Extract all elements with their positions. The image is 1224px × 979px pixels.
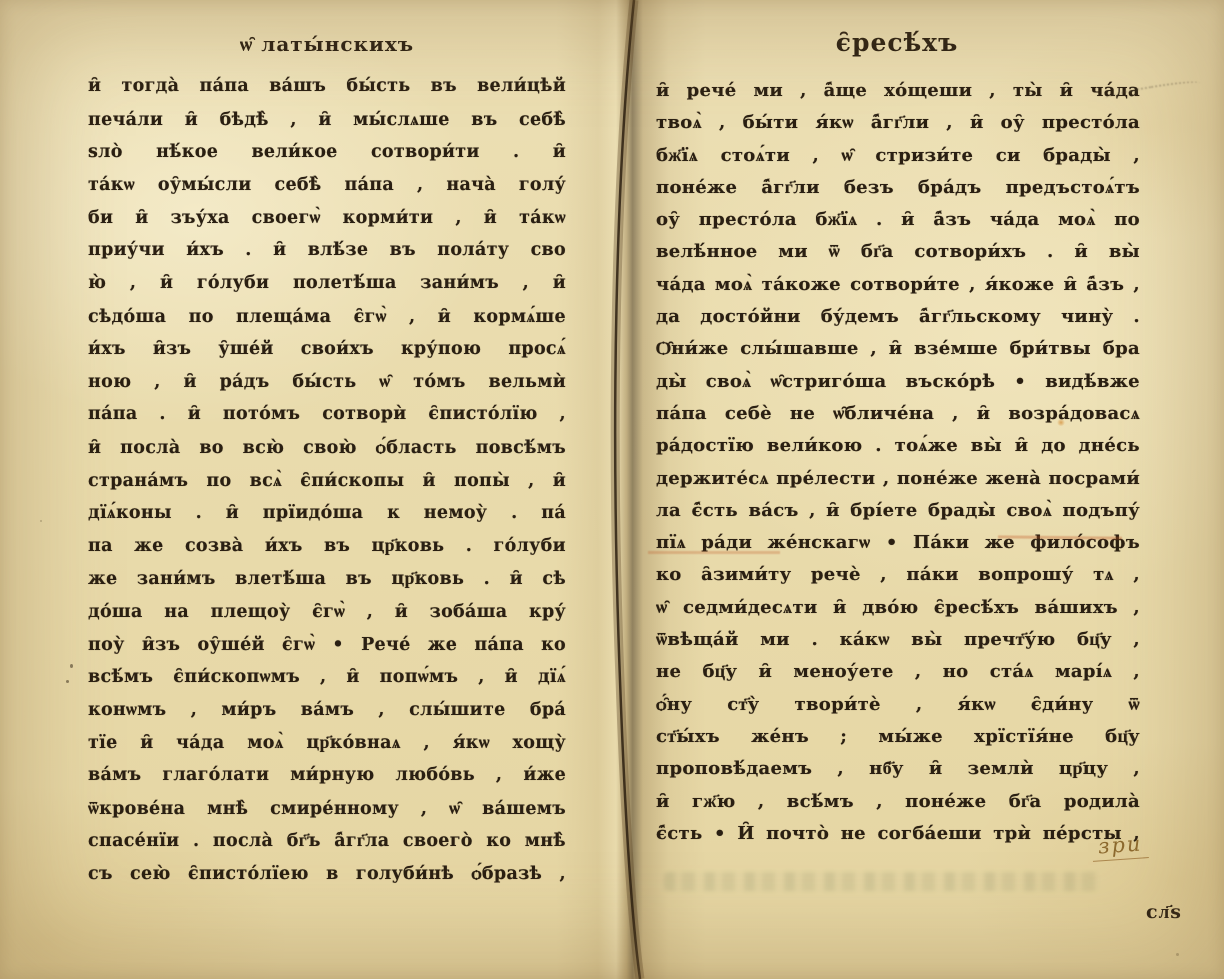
word: ѡ̑бличе́на bbox=[833, 403, 934, 424]
word: и̑ bbox=[1060, 80, 1074, 101]
word: дво́ю bbox=[862, 597, 918, 618]
word: є̑гѡ̀ bbox=[312, 601, 345, 622]
word: по bbox=[206, 471, 231, 491]
word: почто̀ bbox=[766, 823, 829, 844]
word: цр҃цу bbox=[1059, 758, 1108, 779]
word: трѝ bbox=[993, 823, 1031, 844]
word: , bbox=[812, 145, 819, 166]
word: плеща́ма bbox=[236, 307, 331, 327]
word: . bbox=[875, 435, 882, 456]
word: мнѣ̀ bbox=[207, 799, 248, 819]
text-line: сѣдо́шапоплеща́має̑гѡ̀,и̑кормѧ́ше bbox=[88, 306, 566, 339]
word: ю̀ bbox=[88, 273, 106, 293]
word: и̑ bbox=[889, 338, 903, 359]
word: и̑ bbox=[185, 110, 198, 130]
word: . bbox=[193, 831, 199, 851]
word: гж҃ю bbox=[692, 791, 735, 812]
word: глаго́лати bbox=[162, 765, 269, 785]
word: и̑ bbox=[423, 471, 436, 491]
word: сѣдо́ша bbox=[88, 307, 166, 327]
quire-signature: сл҃ѕ bbox=[1146, 901, 1182, 924]
word: . bbox=[1047, 241, 1054, 262]
word: смире́нному bbox=[270, 799, 399, 819]
word: би bbox=[88, 208, 113, 228]
word: хрїстїя́не bbox=[974, 726, 1074, 747]
word: па bbox=[88, 536, 113, 556]
text-line: поу̀и̑зъоу̑ше́йє̑гѡ̀•Рече́жепа́пако bbox=[88, 634, 566, 667]
word: ва́шъ bbox=[269, 76, 326, 96]
text-line: бии̑зъу́хасвоегѡ̀корми́ти,и̑та́кѡ bbox=[88, 207, 566, 240]
text-line: ѿкрове́намнѣ̀смире́нному,ѡ̑ва́шемъ bbox=[88, 798, 566, 831]
text-line: ною,и̑ра́дъбы́стьѡ̑то́мъвельмѝ bbox=[88, 371, 566, 404]
word: Ѻ̑ни́же bbox=[656, 338, 728, 359]
word: ча́да bbox=[176, 733, 224, 753]
word: , bbox=[523, 273, 529, 293]
word: . bbox=[466, 536, 472, 556]
word: свои́хъ bbox=[301, 339, 374, 359]
word: землѝ bbox=[968, 758, 1034, 779]
text-line: тїеи̑ча́дамоѧ̀цр҃ко́внаѧ,я́кѡхощу̀ bbox=[88, 732, 566, 765]
word: и̑ bbox=[273, 240, 286, 260]
word: и̑ bbox=[160, 273, 173, 293]
text-line: ра́достїювели́кою.тоѧ́жевы̀и̑додне́сь bbox=[656, 435, 1140, 467]
word: а̑зими́ту bbox=[701, 564, 791, 585]
word: бы́сть bbox=[346, 76, 410, 96]
word: є̑́сть bbox=[691, 500, 738, 521]
word: чину̀ bbox=[1061, 306, 1113, 327]
word: бы́сть bbox=[292, 372, 356, 392]
word: , bbox=[952, 403, 959, 424]
word: брі́ете bbox=[850, 500, 917, 521]
word: да bbox=[656, 306, 680, 327]
word: кормѧ́ше bbox=[473, 306, 566, 327]
verso-text-showthrough bbox=[664, 872, 1100, 891]
word: престо́ла bbox=[1042, 112, 1140, 133]
word: , bbox=[455, 208, 461, 228]
word: слы́шите bbox=[409, 700, 505, 720]
word: тѧ bbox=[1093, 564, 1114, 585]
word: па́па bbox=[474, 635, 524, 655]
text-line: ѡ̑седми́десѧтии̑дво́ює̑ресѣ́хъва́шихъ, bbox=[656, 597, 1140, 629]
word: созва̀ bbox=[185, 536, 244, 556]
word: оу̑ bbox=[656, 209, 680, 230]
word: бра bbox=[1103, 338, 1140, 359]
word: , bbox=[1133, 564, 1140, 585]
word: вельмѝ bbox=[488, 372, 566, 392]
word: твоѧ̀ bbox=[656, 112, 702, 133]
text-line: конѡмъ,ми́ръва́мъ,слы́шитебра́ bbox=[88, 699, 566, 732]
word: марі́ѧ bbox=[1055, 661, 1112, 682]
word: бж҃їѧ bbox=[815, 209, 857, 230]
word: ми bbox=[760, 629, 790, 650]
word: в bbox=[326, 864, 338, 884]
word: па́па bbox=[344, 175, 394, 195]
word: безъ bbox=[844, 177, 894, 198]
word: прїидо́ша bbox=[263, 503, 364, 523]
word: ко bbox=[656, 564, 682, 585]
word: ка́кѡ bbox=[840, 629, 890, 650]
word: плещоу̀ bbox=[211, 602, 291, 622]
word: бг҃а bbox=[1009, 791, 1042, 812]
word: И̑ bbox=[737, 823, 754, 844]
word: не bbox=[790, 403, 815, 424]
text-line: страна́мъповсѧ̀є̑пи́скопыи̑попы̀,и̑ bbox=[88, 470, 566, 503]
word: поне́же bbox=[905, 791, 986, 812]
word: а̑́гг҃ла bbox=[334, 830, 389, 851]
word: • bbox=[714, 823, 726, 844]
word: всю̀ bbox=[243, 438, 285, 458]
word: , bbox=[870, 338, 877, 359]
word: вы̀ bbox=[1109, 241, 1140, 262]
word: ѡ̑ bbox=[841, 145, 852, 166]
text-line: па́пасебѐнеѡ̑бличе́на,и̑возра́довасѧ bbox=[656, 403, 1140, 435]
word: же́нъ bbox=[751, 726, 809, 747]
word: я́кѡ bbox=[958, 694, 996, 715]
word: ѡ̑стриго́ша bbox=[771, 371, 887, 392]
text-line: ва́мъглаго́латими́рнуюлюбо́вь,и́же bbox=[88, 765, 566, 798]
word: всѧ̀ bbox=[250, 470, 282, 491]
word: и̑зъ bbox=[142, 635, 180, 655]
word: , bbox=[378, 700, 384, 720]
word: попы̀ bbox=[454, 471, 510, 491]
word: всѣ́мъ bbox=[88, 667, 153, 687]
word: брады̀ bbox=[1043, 145, 1111, 166]
word: пото́мъ bbox=[223, 404, 300, 424]
word: , bbox=[496, 765, 502, 785]
word: жена̀ bbox=[985, 468, 1041, 489]
handwritten-margin-note: зри bbox=[1091, 831, 1149, 862]
word: бг҃ъ bbox=[287, 830, 321, 851]
word: полетѣ́ша bbox=[293, 273, 397, 293]
word: мы́же bbox=[878, 726, 943, 747]
word: тїе bbox=[88, 733, 118, 753]
word: нѣ́кое bbox=[156, 142, 218, 162]
word: поне́же bbox=[897, 468, 978, 489]
text-line: твоѧ̀,бы́тия́кѡа̑́гг҃ли,и̑оу̑престо́ла bbox=[656, 112, 1140, 144]
word: брады̀ bbox=[928, 500, 996, 521]
word: ва́шихъ bbox=[1035, 597, 1118, 618]
word: ми bbox=[754, 80, 784, 101]
word: поне́же bbox=[656, 177, 737, 198]
red-chalk-underline bbox=[648, 551, 780, 554]
word: ра́ди bbox=[701, 532, 752, 553]
word: и̑ bbox=[140, 733, 153, 753]
word: • bbox=[886, 532, 898, 553]
word: ми́ръ bbox=[221, 700, 276, 720]
text-line: жезани́мъвлетѣ́шавъцр҃ковь.и̑сѣ bbox=[88, 568, 566, 601]
word: и̑ bbox=[510, 569, 523, 589]
word: предъстоѧ́тъ bbox=[1006, 177, 1140, 198]
word: , bbox=[969, 274, 976, 295]
word: седми́десѧти bbox=[683, 597, 818, 618]
word: пїѧ bbox=[656, 532, 686, 553]
word: зани́мъ bbox=[137, 569, 216, 589]
word: слы́шавше bbox=[740, 338, 858, 359]
word: ѕло̀ bbox=[88, 142, 123, 162]
word: посрами́ bbox=[1049, 468, 1140, 489]
word: а̑́ще bbox=[824, 80, 868, 101]
word: же́нскагѡ bbox=[767, 532, 870, 553]
word: , bbox=[528, 471, 534, 491]
word: па́па bbox=[199, 76, 249, 96]
word: ва́мъ bbox=[88, 765, 141, 785]
word: бц҃у bbox=[1077, 629, 1112, 650]
word: сотвори́хъ bbox=[914, 241, 1026, 262]
word: и̑ bbox=[759, 661, 773, 682]
word: бу́демъ bbox=[821, 306, 899, 327]
word: . bbox=[1133, 306, 1140, 327]
word: , bbox=[191, 700, 197, 720]
text-line: Ѻ̑ни́жеслы́шавше,и̑взе́мшебри́твыбра bbox=[656, 338, 1140, 370]
word: вы̀ bbox=[971, 435, 1002, 456]
word: зоба́ша bbox=[430, 602, 508, 622]
word: , bbox=[1133, 661, 1140, 682]
word: , bbox=[916, 694, 923, 715]
word: • bbox=[1014, 371, 1026, 392]
word: себѣ̀ bbox=[275, 175, 322, 195]
word: • bbox=[332, 635, 344, 655]
word: цр҃ковь bbox=[391, 568, 464, 589]
word: въ bbox=[346, 569, 372, 589]
word: я́кѡ bbox=[453, 732, 490, 753]
word: цр҃ко́внаѧ bbox=[306, 732, 400, 753]
word: своего̀ bbox=[403, 831, 473, 851]
book-spread: ѡ̑ латы́нскихъ и̑тогда̀па́пава́шъбы́стьв… bbox=[0, 0, 1224, 979]
word: , bbox=[1133, 758, 1140, 779]
word: тоѧ́же bbox=[895, 435, 958, 456]
word: , bbox=[876, 791, 883, 812]
word: влѣ́зе bbox=[308, 240, 369, 260]
word: же bbox=[88, 569, 117, 589]
word: є̑пи́скопы bbox=[300, 471, 404, 491]
word: ѻ̑́ну bbox=[656, 694, 692, 715]
word: вели́цѣй bbox=[477, 76, 566, 96]
word: є̑ресѣ́хъ bbox=[934, 597, 1019, 618]
word: Рече́ bbox=[361, 635, 410, 655]
word: любо́вь bbox=[395, 765, 474, 785]
word: , bbox=[478, 667, 484, 687]
word: спасе́нїи bbox=[88, 831, 179, 851]
word: пола́ту bbox=[437, 240, 509, 260]
word: и̑ bbox=[88, 438, 101, 458]
word: кру́пою bbox=[401, 339, 481, 359]
word: бра́дъ bbox=[918, 177, 982, 198]
word: и̑ bbox=[1074, 241, 1088, 262]
word: ст҃ы́хъ bbox=[656, 726, 720, 747]
word: ты̀ bbox=[1013, 80, 1043, 101]
text-line: приу́чии́хъ.и̑влѣ́зевъпола́тусво bbox=[88, 240, 566, 273]
word: и́хъ bbox=[265, 536, 303, 556]
word: , bbox=[1133, 274, 1140, 295]
word: зани́мъ bbox=[420, 273, 499, 293]
word: , bbox=[424, 733, 430, 753]
word: , bbox=[883, 468, 890, 489]
text-line: и̑тогда̀па́пава́шъбы́стьвъвели́цѣй bbox=[88, 76, 566, 109]
word: у̑ше́й bbox=[218, 339, 273, 359]
text-line: пажесозва̀и́хъвъцр҃ковь.го́луби bbox=[88, 535, 566, 568]
word: ѻ́бласть bbox=[376, 437, 457, 458]
word: и̑ bbox=[226, 503, 239, 523]
word: а̑́зъ bbox=[1086, 274, 1124, 295]
word: . bbox=[513, 142, 519, 162]
word: по bbox=[189, 307, 214, 327]
text-line: ды̀своѧ̀ѡ̑стриго́шавъско́рѣ•видѣ́вже bbox=[656, 371, 1140, 403]
word: я́коже bbox=[985, 274, 1054, 295]
word: ко bbox=[486, 831, 511, 851]
word: же bbox=[134, 536, 163, 556]
word: вели́кое bbox=[251, 142, 337, 162]
word: корми́ти bbox=[343, 208, 434, 228]
word: , bbox=[409, 307, 415, 327]
text-line: и́хъи̑зъу̑ше́йсвои́хъкру́поюпросѧ́ bbox=[88, 338, 566, 371]
word: . bbox=[511, 503, 517, 523]
word: , bbox=[154, 372, 160, 392]
word: и̑ bbox=[188, 404, 201, 424]
scanned-book-photo: { "colors": { "paper": "#e8d9aa", "ink":… bbox=[0, 0, 1224, 979]
word: па́па bbox=[88, 404, 138, 424]
word: ѻ́бразѣ bbox=[471, 863, 542, 884]
word: , bbox=[837, 758, 844, 779]
word: , bbox=[421, 799, 427, 819]
text-line: бж҃їѧстоѧ́ти,ѡ̑стризи́тесибрады̀, bbox=[656, 145, 1140, 177]
word: ра́достїю bbox=[656, 435, 754, 456]
word: и̑ bbox=[977, 403, 991, 424]
word: подъпу́ bbox=[1063, 500, 1140, 521]
text-line: велѣ́нноемиѿбг҃асотвори́хъ.и̑вы̀ bbox=[656, 241, 1140, 273]
text-line: ѿвѣща́йми.ка́кѡвы̀пречт҃у́юбц҃у, bbox=[656, 629, 1140, 661]
word: и̑ bbox=[929, 758, 943, 779]
text-block-right: и̑рече́ми,а̑́щехо́щеши,ты̀и̑ча́датвоѧ̀,б… bbox=[656, 80, 1140, 855]
word: и̑ bbox=[901, 209, 915, 230]
word: и̑ bbox=[970, 112, 984, 133]
word: , bbox=[1133, 629, 1140, 650]
text-line: до́шанаплещоу̀є̑гѡ̀,и̑зоба́шакру́ bbox=[88, 601, 566, 634]
word: своѧ̀ bbox=[706, 371, 752, 392]
word: себѐ bbox=[725, 403, 772, 424]
word: бж҃їѧ bbox=[656, 145, 698, 166]
word: нб҃у bbox=[869, 758, 904, 779]
word: дне́сь bbox=[1079, 435, 1140, 456]
word: па́па bbox=[656, 403, 707, 424]
word: и̑ bbox=[395, 602, 408, 622]
word: па́ки bbox=[906, 564, 958, 585]
word: досто́йни bbox=[700, 306, 800, 327]
word: нача̀ bbox=[446, 175, 496, 195]
word: . bbox=[159, 404, 165, 424]
word: и̑ bbox=[833, 597, 847, 618]
word: та́коже bbox=[762, 274, 841, 295]
word: согба́еши bbox=[877, 823, 981, 844]
word: ною bbox=[88, 372, 131, 392]
word: ѡ̑ bbox=[656, 597, 667, 618]
word: меноу́ете bbox=[793, 661, 893, 682]
text-line: проповѣ́даемъ,нб҃уи̑землѝцр҃цу, bbox=[656, 758, 1140, 790]
word: . bbox=[245, 240, 251, 260]
word: и̑ bbox=[183, 372, 196, 392]
word: є̑́сть bbox=[656, 823, 703, 844]
word: пре́лести bbox=[776, 468, 875, 489]
word: проповѣ́даемъ bbox=[656, 758, 812, 779]
word: ѿкрове́на bbox=[88, 798, 185, 819]
text-line: па́па.и̑пото́мъсотворѝє̑писто́лїю, bbox=[88, 404, 566, 437]
ink-speck bbox=[40, 520, 42, 522]
word: посла̀ bbox=[120, 438, 180, 458]
text-line: ѕло̀нѣ́коевели́коесотвори́ти.и̑ bbox=[88, 142, 566, 175]
word: оу̑ bbox=[1001, 112, 1025, 133]
word: ѡ̑ bbox=[379, 371, 390, 392]
word: , bbox=[320, 667, 326, 687]
word: , bbox=[1133, 145, 1140, 166]
word: до bbox=[1041, 435, 1066, 456]
word: є̑ди́ну bbox=[1031, 694, 1094, 715]
word: , bbox=[946, 112, 953, 133]
word: а̑́гг҃льскому bbox=[919, 306, 1041, 327]
word: конѡмъ bbox=[88, 699, 166, 720]
word: а̑́зъ bbox=[933, 209, 971, 230]
text-line: дадосто́йнибу́демъа̑́гг҃льскомучину̀. bbox=[656, 306, 1140, 338]
word: . bbox=[484, 569, 490, 589]
word: и̑ bbox=[656, 80, 670, 101]
word: же bbox=[428, 635, 457, 655]
word: ми bbox=[778, 241, 808, 262]
word: го́луби bbox=[197, 273, 269, 293]
word: и̑ bbox=[438, 307, 451, 327]
word: Па́ки bbox=[913, 532, 969, 553]
word: бц҃у bbox=[702, 661, 737, 682]
word: и̑ bbox=[135, 208, 148, 228]
word: вели́кою bbox=[767, 435, 863, 456]
text-line: ю̀,и̑го́лубиполетѣ́шазани́мъ,и̑ bbox=[88, 273, 566, 306]
running-header-right: є̑ресѣ́хъ bbox=[656, 28, 1138, 57]
word: . bbox=[876, 209, 883, 230]
word: и̑ bbox=[505, 667, 518, 687]
word: є̑пи́скопѡмъ bbox=[173, 666, 300, 687]
word: печа́ли bbox=[88, 110, 163, 130]
text-line: та́кѡоу̑мы́слисебѣ̀па́па,нача̀голу́ bbox=[88, 174, 566, 207]
text-line: поне́жеа̑́гг҃либезъбра́дъпредъстоѧ́тъ bbox=[656, 177, 1140, 209]
word: приу́чи bbox=[88, 240, 165, 260]
word: рече́ bbox=[687, 80, 737, 101]
word: видѣ́вже bbox=[1045, 371, 1140, 392]
word: то́мъ bbox=[413, 372, 465, 392]
word: взе́мше bbox=[914, 338, 998, 359]
word: , bbox=[417, 175, 423, 195]
word: твори́тѐ bbox=[795, 694, 881, 715]
word: стоѧ́ти bbox=[721, 145, 790, 166]
word: , bbox=[719, 112, 726, 133]
word: стризи́те bbox=[875, 145, 973, 166]
word: ѿвѣща́й bbox=[656, 629, 739, 650]
word: но bbox=[943, 661, 969, 682]
word: я́кѡ bbox=[815, 112, 853, 133]
word: свою̀ bbox=[303, 438, 357, 458]
text-block-left: и̑тогда̀па́пава́шъбы́стьвъвели́цѣйпеча́л… bbox=[88, 76, 566, 896]
word: є̑гѡ̀ bbox=[282, 634, 315, 655]
word: немоу̀ bbox=[424, 503, 488, 523]
word: , bbox=[130, 273, 136, 293]
word: ды̀ bbox=[656, 371, 687, 392]
word: моѧ̀ bbox=[247, 732, 284, 753]
word: ѡ̑ bbox=[449, 798, 460, 819]
word: ла bbox=[656, 500, 681, 521]
ink-speck bbox=[66, 680, 69, 683]
word: ча́да bbox=[990, 209, 1040, 230]
text-line: держите́сѧпре́лести,поне́жежена̀посрами́ bbox=[656, 468, 1140, 500]
word: ча́да bbox=[656, 274, 706, 295]
text-line: дїѧ́коны.и̑прїидо́шакнемоу̀.па́ bbox=[88, 502, 566, 535]
word: въско́рѣ bbox=[906, 371, 996, 392]
text-line: ст҃ы́хъже́нъ;мы́жехрїстїя́небц҃у bbox=[656, 726, 1140, 758]
